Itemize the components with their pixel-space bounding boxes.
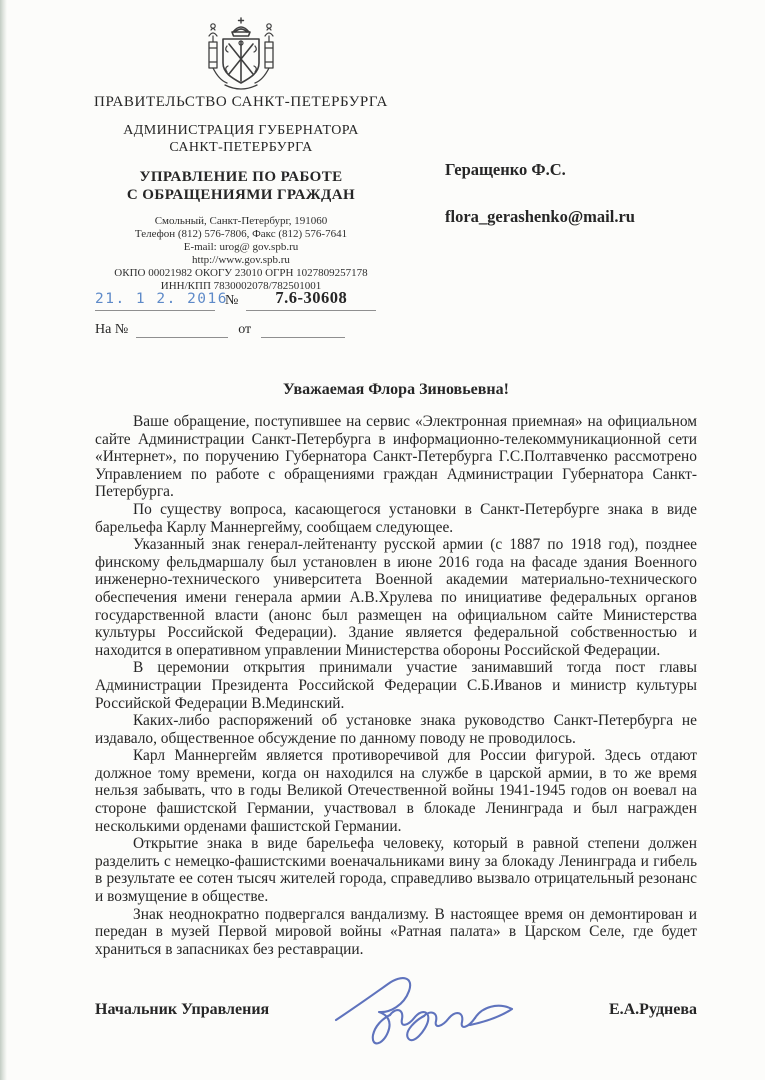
paragraph: Каких-либо распоряжений об установке зна… (95, 712, 697, 747)
letterhead: ПРАВИТЕЛЬСТВО САНКТ-ПЕТЕРБУРГА АДМИНИСТР… (52, 12, 430, 292)
department-title-line2: С ОБРАЩЕНИЯМИ ГРАЖДАН (52, 186, 430, 204)
reference-block: 21. 1 2. 2016 № 7.6-30608 На № от (95, 288, 395, 338)
paragraph: В церемонии открытия принимали участие з… (95, 659, 697, 712)
outgoing-reference-row: 21. 1 2. 2016 № 7.6-30608 (95, 288, 395, 311)
letter-body: Ваше обращение, поступившее на сервис «Э… (95, 413, 697, 958)
outgoing-number: 7.6-30608 (246, 288, 376, 311)
incoming-number-blank (136, 321, 228, 338)
address-line: Смольный, Санкт-Петербург, 191060 (52, 215, 430, 228)
signer-name: Е.А.Руднева (609, 1001, 697, 1019)
email-line: E-mail: urog@ gov.spb.ru (52, 241, 430, 254)
recipient-block: Геращенко Ф.С. flora_gerashenko@mail.ru (445, 160, 635, 227)
contact-block: Смольный, Санкт-Петербург, 191060 Телефо… (52, 215, 430, 292)
signoff-row: Начальник Управления Е.А.Руднева (95, 1001, 697, 1019)
department-title: УПРАВЛЕНИЕ ПО РАБОТЕ С ОБРАЩЕНИЯМИ ГРАЖД… (52, 168, 430, 204)
paragraph: Карл Маннергейм является противоречивой … (95, 747, 697, 835)
paragraph: По существу вопроса, касающегося установ… (95, 501, 697, 536)
salutation: Уважаемая Флора Зиновьевна! (95, 381, 697, 399)
scan-edge-artifact (0, 0, 7, 1080)
paragraph: Ваше обращение, поступившее на сервис «Э… (95, 413, 697, 501)
administration-title-line1: АДМИНИСТРАЦИЯ ГУБЕРНАТОРА (52, 122, 430, 139)
scanned-letter-page: ПРАВИТЕЛЬСТВО САНКТ-ПЕТЕРБУРГА АДМИНИСТР… (0, 0, 765, 1080)
recipient-name: Геращенко Ф.С. (445, 160, 635, 180)
department-title-line1: УПРАВЛЕНИЕ ПО РАБОТЕ (52, 168, 430, 186)
paragraph: Открытие знака в виде барельефа человеку… (95, 835, 697, 905)
administration-title: АДМИНИСТРАЦИЯ ГУБЕРНАТОРА САНКТ-ПЕТЕРБУР… (52, 122, 430, 156)
recipient-email: flora_gerashenko@mail.ru (445, 207, 635, 227)
paragraph: Указанный знак генерал-лейтенанту русско… (95, 536, 697, 659)
administration-title-line2: САНКТ-ПЕТЕРБУРГА (52, 139, 430, 156)
coat-of-arms-icon (189, 12, 293, 92)
number-sign-label: № (225, 293, 238, 309)
government-title: ПРАВИТЕЛЬСТВО САНКТ-ПЕТЕРБУРГА (52, 94, 430, 111)
website-line: http://www.gov.spb.ru (52, 254, 430, 267)
incoming-date-label: от (238, 322, 251, 338)
registry-codes-line1: ОКПО 00021982 ОКОГУ 23010 ОГРН 102780925… (52, 267, 430, 280)
incoming-reference-row: На № от (95, 321, 395, 338)
phone-fax-line: Телефон (812) 576-7806, Факс (812) 576-7… (52, 228, 430, 241)
incoming-date-blank (261, 321, 345, 338)
date-stamp: 21. 1 2. 2016 (95, 291, 215, 311)
incoming-number-label: На № (95, 322, 128, 338)
signer-position: Начальник Управления (95, 1001, 269, 1019)
paragraph: Знак неоднократно подвергался вандализму… (95, 906, 697, 959)
